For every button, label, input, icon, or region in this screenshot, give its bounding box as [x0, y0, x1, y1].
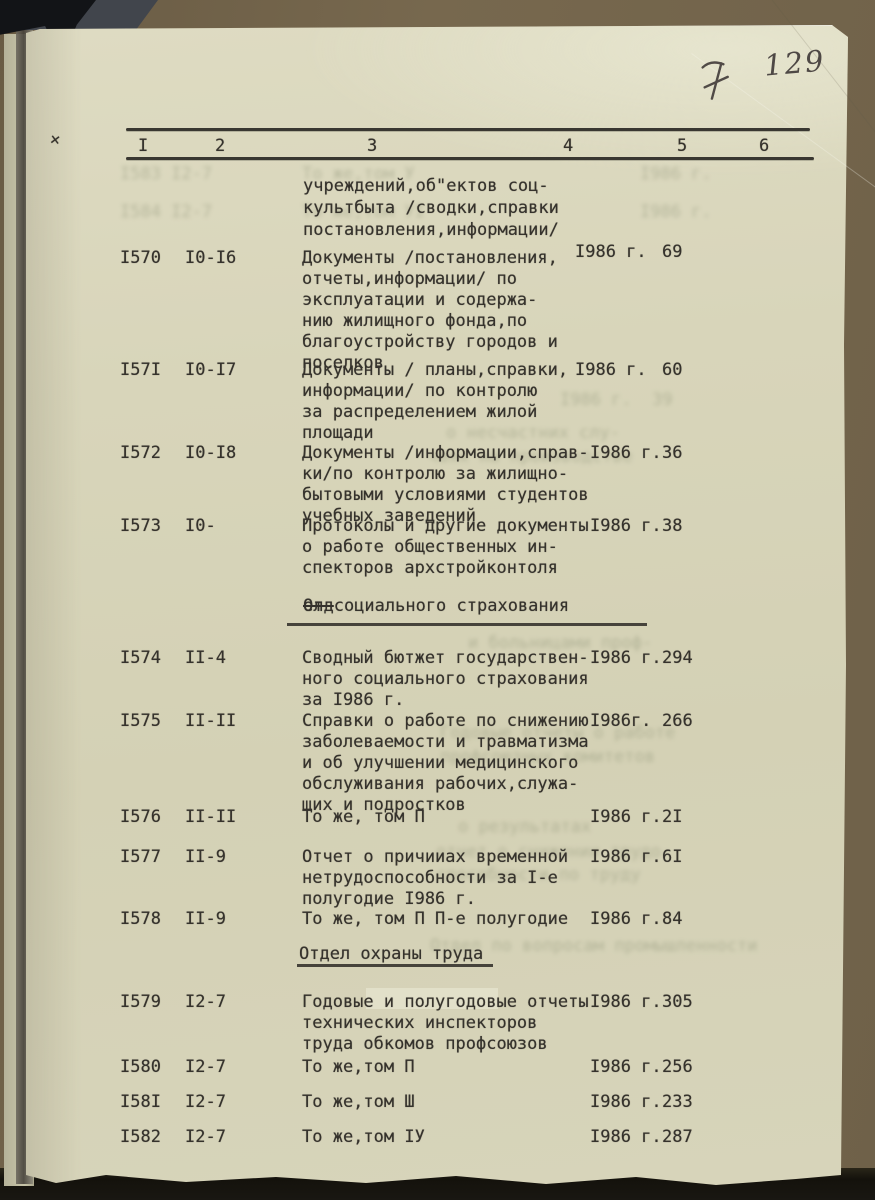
row-page-count: 287	[662, 1127, 693, 1148]
row-number: I573	[120, 516, 161, 537]
row-index: II-II	[185, 807, 236, 828]
column-header-cell: 4	[563, 136, 573, 157]
row-number: I57I	[120, 360, 161, 381]
row-description-line: полугодие I986 г.	[302, 889, 476, 910]
section-underline	[297, 964, 493, 967]
row-description-line: о работе общественных ин-	[302, 537, 558, 558]
column-header-cell: 6	[759, 136, 769, 157]
row-description-line: Протоколы и другие документы	[302, 516, 589, 537]
column-header-cell: 5	[677, 136, 687, 157]
handwritten-check-mark	[696, 54, 739, 106]
row-number: I582	[120, 1127, 161, 1148]
row-year: I986 г.	[590, 847, 662, 868]
table-header-rule-bottom	[126, 157, 814, 160]
row-description-line: Справки о работе по снижению	[302, 711, 589, 732]
row-description-line: ки/по контролю за жилищно-	[302, 464, 568, 485]
bleed-through-text: I583 I2-7	[120, 164, 212, 185]
bleed-through-text: о результатах	[458, 817, 591, 838]
column-header-cell: 2	[215, 136, 225, 157]
bleed-through-text: о несчастних слу-	[446, 423, 620, 444]
row-description-line: за I986 г.	[302, 690, 404, 711]
row-page-count: 60	[662, 360, 682, 381]
row-number: I572	[120, 443, 161, 464]
carried-over-line: постановления,информации/	[303, 220, 559, 241]
row-description-line: за распределением жилой	[302, 402, 537, 423]
row-description-line: Документы / планы,справки,	[302, 360, 568, 381]
row-number: I580	[120, 1057, 161, 1078]
row-number: I570	[120, 248, 161, 269]
row-description-line: Сводный бютжет государствен-	[302, 648, 589, 669]
row-description-line: То же,том Ш	[302, 1092, 415, 1113]
bleed-through-text: I986 г.	[640, 164, 712, 185]
row-number: I576	[120, 807, 161, 828]
row-description-line: отчеты,информации/ по	[302, 269, 517, 290]
row-page-count: 294	[662, 648, 693, 669]
table-header-rule-top	[126, 128, 810, 131]
row-index: II-II	[185, 711, 236, 732]
bleed-through-text: I986 г. 39	[560, 390, 673, 411]
row-description-line: То же, том П П-е полугодие	[302, 909, 568, 930]
row-number: I578	[120, 909, 161, 930]
row-number: I579	[120, 992, 161, 1013]
row-year: I986г.	[590, 711, 651, 732]
row-year: I986 г.	[590, 992, 662, 1013]
row-year: I986 г.	[575, 242, 647, 263]
row-index: I0-I6	[185, 248, 236, 269]
row-index: II-4	[185, 648, 226, 669]
row-page-count: 305	[662, 992, 693, 1013]
archival-scan-scene: I583 I2-7То же,том УI986 г.I584 I2-7То ж…	[0, 0, 875, 1200]
row-description-line: обслуживания рабочих,служа-	[302, 774, 578, 795]
row-description-line: Документы /постановления,	[302, 248, 558, 269]
row-description-line: Годовые и полугодовые отчеты	[302, 992, 589, 1013]
row-year: I986 г.	[590, 516, 662, 537]
row-index: I2-7	[185, 992, 226, 1013]
row-page-count: 256	[662, 1057, 693, 1078]
row-description-line: нетрудоспособности за I-е	[302, 868, 558, 889]
row-page-count: 233	[662, 1092, 693, 1113]
column-header-cell: I	[138, 136, 148, 157]
row-description-line: То же,том IУ	[302, 1127, 425, 1148]
carried-over-line: учреждений,об"ектов соц-	[303, 176, 549, 197]
row-number: I58I	[120, 1092, 161, 1113]
row-description-line: и об улучшении медицинского	[302, 753, 578, 774]
bleed-through-text: I584 I2-7	[120, 202, 212, 223]
row-description-line: То же,том П	[302, 1057, 415, 1078]
row-number: I575	[120, 711, 161, 732]
carried-over-line: культбыта /сводки,справки	[303, 198, 559, 219]
row-year: I986 г.	[590, 1057, 662, 1078]
row-index: II-9	[185, 909, 226, 930]
row-description-line: То же, том П	[302, 807, 425, 828]
section-underline	[287, 623, 647, 626]
row-index: II-9	[185, 847, 226, 868]
row-description-line: заболеваемости и травматизма	[302, 732, 589, 753]
row-description-line: нию жилищного фонда,по	[302, 311, 527, 332]
row-index: I0-I8	[185, 443, 236, 464]
row-page-count: 266	[662, 711, 693, 732]
row-description-line: бытовыми условиями студентов	[302, 485, 589, 506]
row-index: I2-7	[185, 1092, 226, 1113]
column-header-cell: 3	[367, 136, 377, 157]
row-description-line: технических инспекторов	[302, 1013, 537, 1034]
section-title-text: Отдел охраны труда	[299, 944, 483, 965]
bleed-through-text: I986 г.	[640, 202, 712, 223]
row-description-line: спекторов архстройконтоля	[302, 558, 558, 579]
row-page-count: 69	[662, 242, 682, 263]
section-title-text: ел социального страхования	[303, 596, 569, 617]
row-index: I0-	[185, 516, 216, 537]
row-page-count: 6I	[662, 847, 682, 868]
row-description-line: Документы /информации,справ-	[302, 443, 589, 464]
row-index: I2-7	[185, 1057, 226, 1078]
row-description-line: информации/ по контролю	[302, 381, 537, 402]
row-year: I986 г.	[575, 360, 647, 381]
row-description-line: Отчет о причииах временной	[302, 847, 568, 868]
row-page-count: 38	[662, 516, 682, 537]
row-description-line: труда обкомов профсоюзов	[302, 1034, 548, 1055]
row-number: I574	[120, 648, 161, 669]
row-description-line: площади	[302, 423, 374, 444]
row-year: I986 г.	[590, 443, 662, 464]
row-index: I0-I7	[185, 360, 236, 381]
row-year: I986 г.	[590, 909, 662, 930]
handwritten-page-number: 129	[763, 43, 827, 82]
row-year: I986 г.	[590, 807, 662, 828]
row-page-count: 84	[662, 909, 682, 930]
row-page-count: 36	[662, 443, 682, 464]
row-year: I986 г.	[590, 1127, 662, 1148]
row-index: I2-7	[185, 1127, 226, 1148]
row-description-line: эксплуатации и содержа-	[302, 290, 537, 311]
row-description-line: благоустройству городов и	[302, 332, 558, 353]
row-year: I986 г.	[590, 648, 662, 669]
row-description-line: ного социального страхования	[302, 669, 589, 690]
row-year: I986 г.	[590, 1092, 662, 1113]
row-number: I577	[120, 847, 161, 868]
row-page-count: 2I	[662, 807, 682, 828]
